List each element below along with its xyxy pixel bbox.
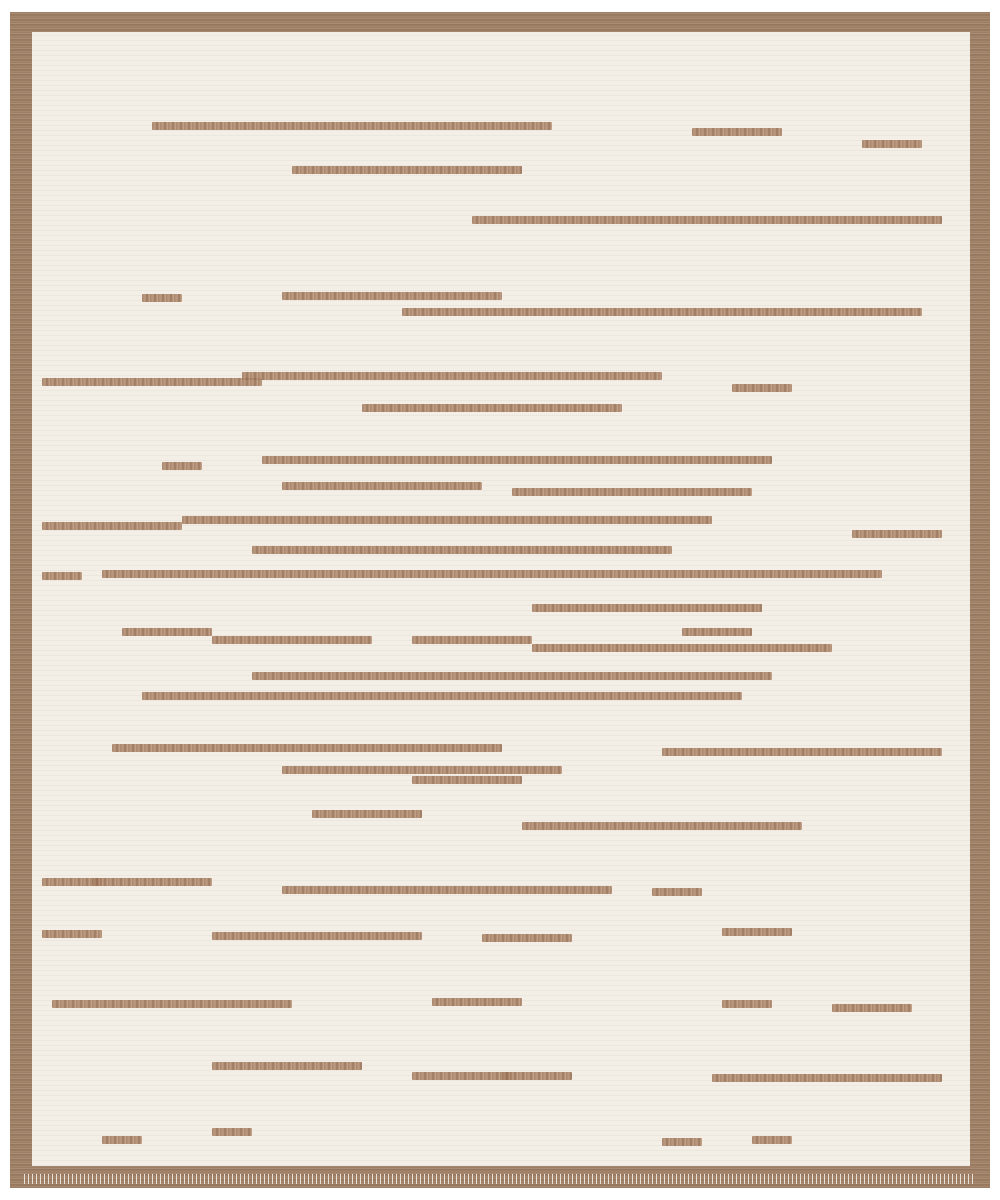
rug-streak (482, 934, 572, 942)
rug-streak (212, 932, 422, 940)
rug-streak (102, 570, 882, 578)
rug-streak (252, 546, 672, 554)
rug-streak (292, 166, 522, 174)
rug-streak (252, 672, 772, 680)
rug-streak (412, 636, 532, 644)
rug-streak (282, 292, 502, 300)
rug-streak (472, 216, 942, 224)
rug-streak (212, 1128, 252, 1136)
rug (10, 12, 990, 1188)
rug-streak (662, 1138, 702, 1146)
rug-streak (212, 1062, 362, 1070)
rug-streak (282, 766, 562, 774)
rug-streak (532, 604, 762, 612)
rug-streak (162, 462, 202, 470)
rug-streak (532, 644, 832, 652)
rug-fringe (24, 1174, 976, 1184)
rug-streak (732, 384, 792, 392)
rug-streak (362, 404, 622, 412)
rug-streak (142, 294, 182, 302)
rug-streak (42, 522, 182, 530)
rug-streak (92, 878, 212, 886)
rug-streak (752, 1136, 792, 1144)
rug-streak (282, 886, 612, 894)
rug-streak (512, 488, 752, 496)
rug-streak (142, 692, 742, 700)
rug-streak (502, 1072, 572, 1080)
rug-field (32, 32, 970, 1166)
rug-streak (102, 1136, 142, 1144)
rug-streak (722, 928, 792, 936)
rug-streak (182, 516, 712, 524)
rug-streak (312, 810, 422, 818)
rug-streak (42, 572, 82, 580)
rug-streak (652, 888, 702, 896)
rug-streak (412, 1072, 512, 1080)
rug-streak (212, 636, 372, 644)
rug-streak (522, 822, 802, 830)
rug-streak (52, 1000, 292, 1008)
rug-streak (122, 628, 212, 636)
rug-streak (862, 140, 922, 148)
rug-streak (682, 628, 752, 636)
rug-streak (42, 930, 102, 938)
rug-streak (42, 378, 262, 386)
rug-streak (262, 456, 772, 464)
rug-streak (432, 998, 522, 1006)
rug-streak (152, 122, 552, 130)
rug-streak (412, 776, 522, 784)
rug-streak (852, 530, 942, 538)
rug-streak (112, 744, 502, 752)
rug-streak (712, 1074, 942, 1082)
rug-streak (402, 308, 922, 316)
rug-streak (832, 1004, 912, 1012)
rug-streak (722, 1000, 772, 1008)
rug-streak (662, 748, 942, 756)
rug-streak (282, 482, 482, 490)
rug-streak (242, 372, 662, 380)
rug-streak (692, 128, 782, 136)
